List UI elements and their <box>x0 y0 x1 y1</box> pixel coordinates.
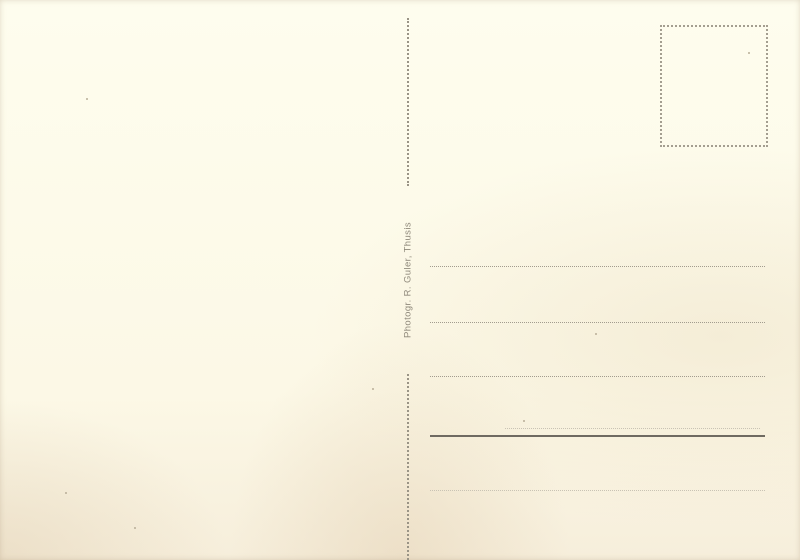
stamp-box <box>660 25 768 147</box>
paper-speck <box>65 492 67 494</box>
center-divider-bottom <box>407 374 409 560</box>
paper-speck <box>595 333 597 335</box>
photographer-credit: Photogr. R. Guler, Thusis <box>403 222 414 338</box>
postcard-back: Photogr. R. Guler, Thusis <box>0 0 800 560</box>
address-line-5 <box>430 490 765 491</box>
address-line-2 <box>430 322 765 323</box>
paper-speck <box>523 420 525 422</box>
paper-speck <box>748 52 750 54</box>
center-divider-top <box>407 18 409 186</box>
paper-speck <box>86 98 88 100</box>
address-line-1 <box>430 266 765 267</box>
paper-speck <box>134 527 136 529</box>
paper-speck <box>372 388 374 390</box>
address-line-4-solid <box>430 435 765 437</box>
address-line-4-faint <box>505 428 760 429</box>
address-line-3 <box>430 376 765 377</box>
